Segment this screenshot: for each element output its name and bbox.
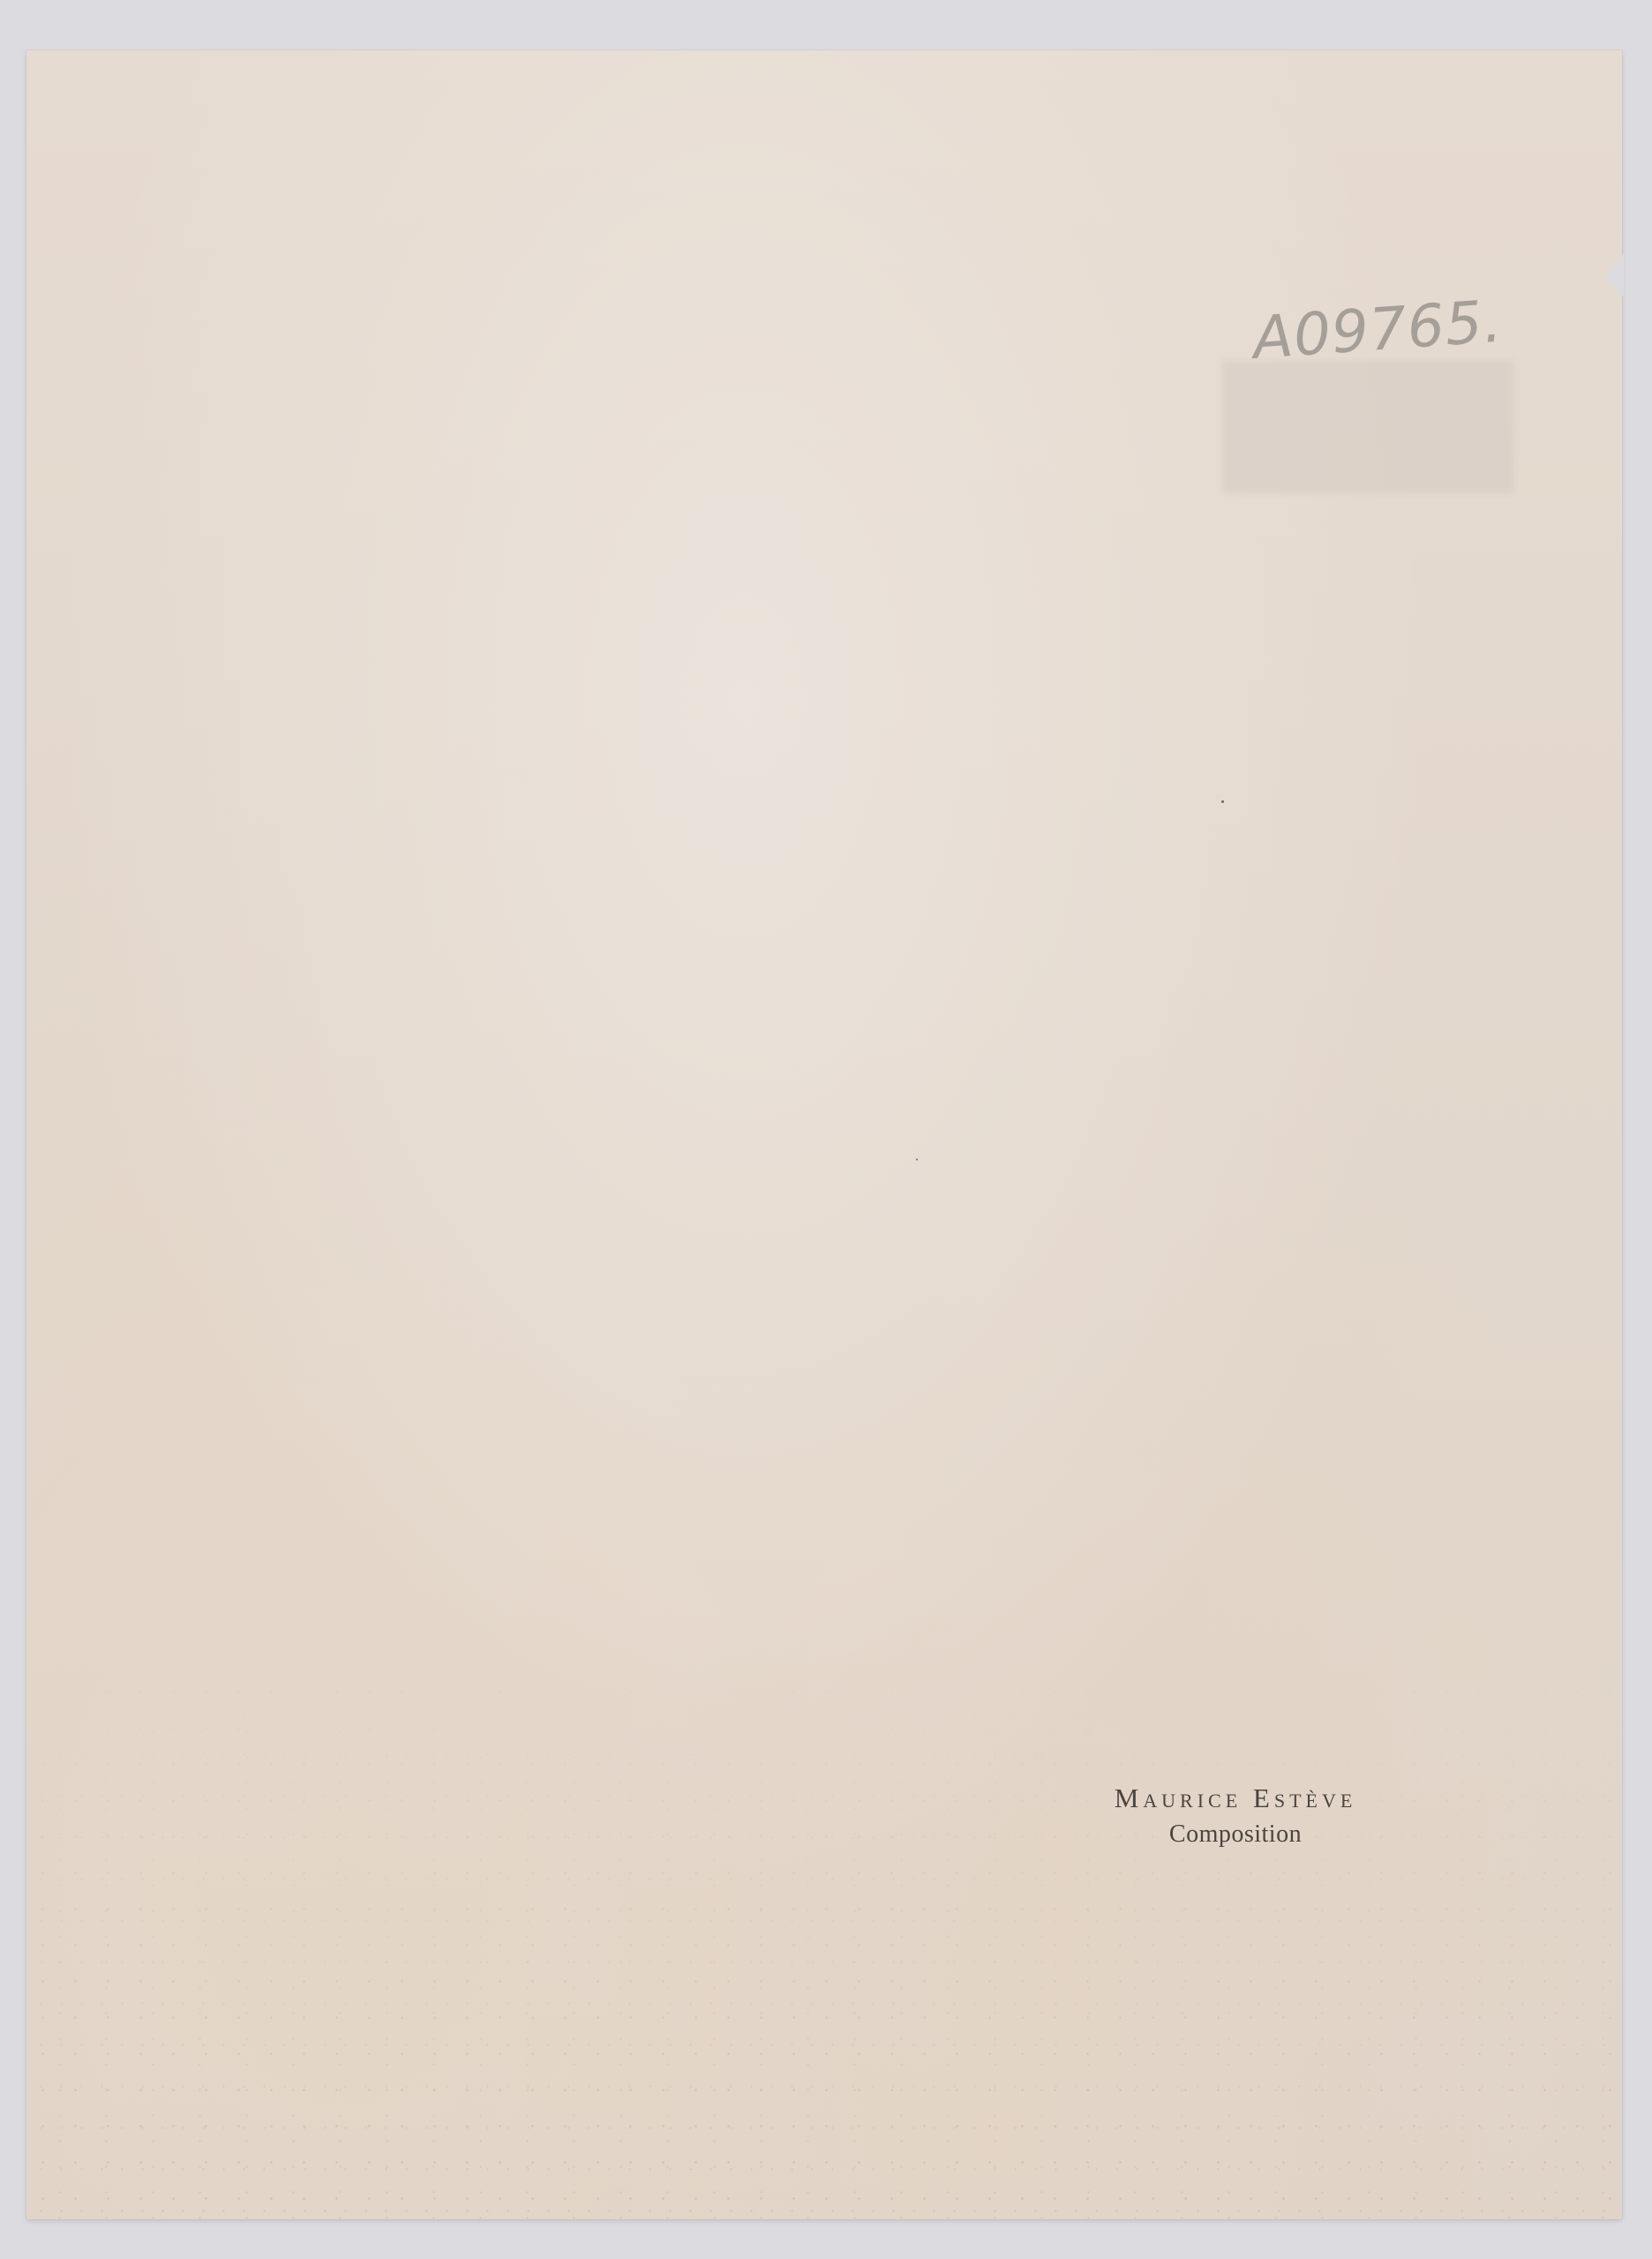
paper-sheet: A09765. Maurice Estève Composition [26, 50, 1622, 2219]
artwork-title: Composition [1050, 1817, 1421, 1852]
edge-tear [1597, 253, 1624, 297]
eraser-mark [1222, 361, 1513, 493]
plate-caption: Maurice Estève Composition [1050, 1782, 1421, 1852]
paper-speck [1221, 800, 1224, 803]
foxing-stains [26, 1602, 1622, 2219]
artist-name: Maurice Estève [1050, 1782, 1421, 1815]
paper-speck [916, 1159, 918, 1160]
handwritten-inventory-number: A09765. [1250, 287, 1505, 372]
